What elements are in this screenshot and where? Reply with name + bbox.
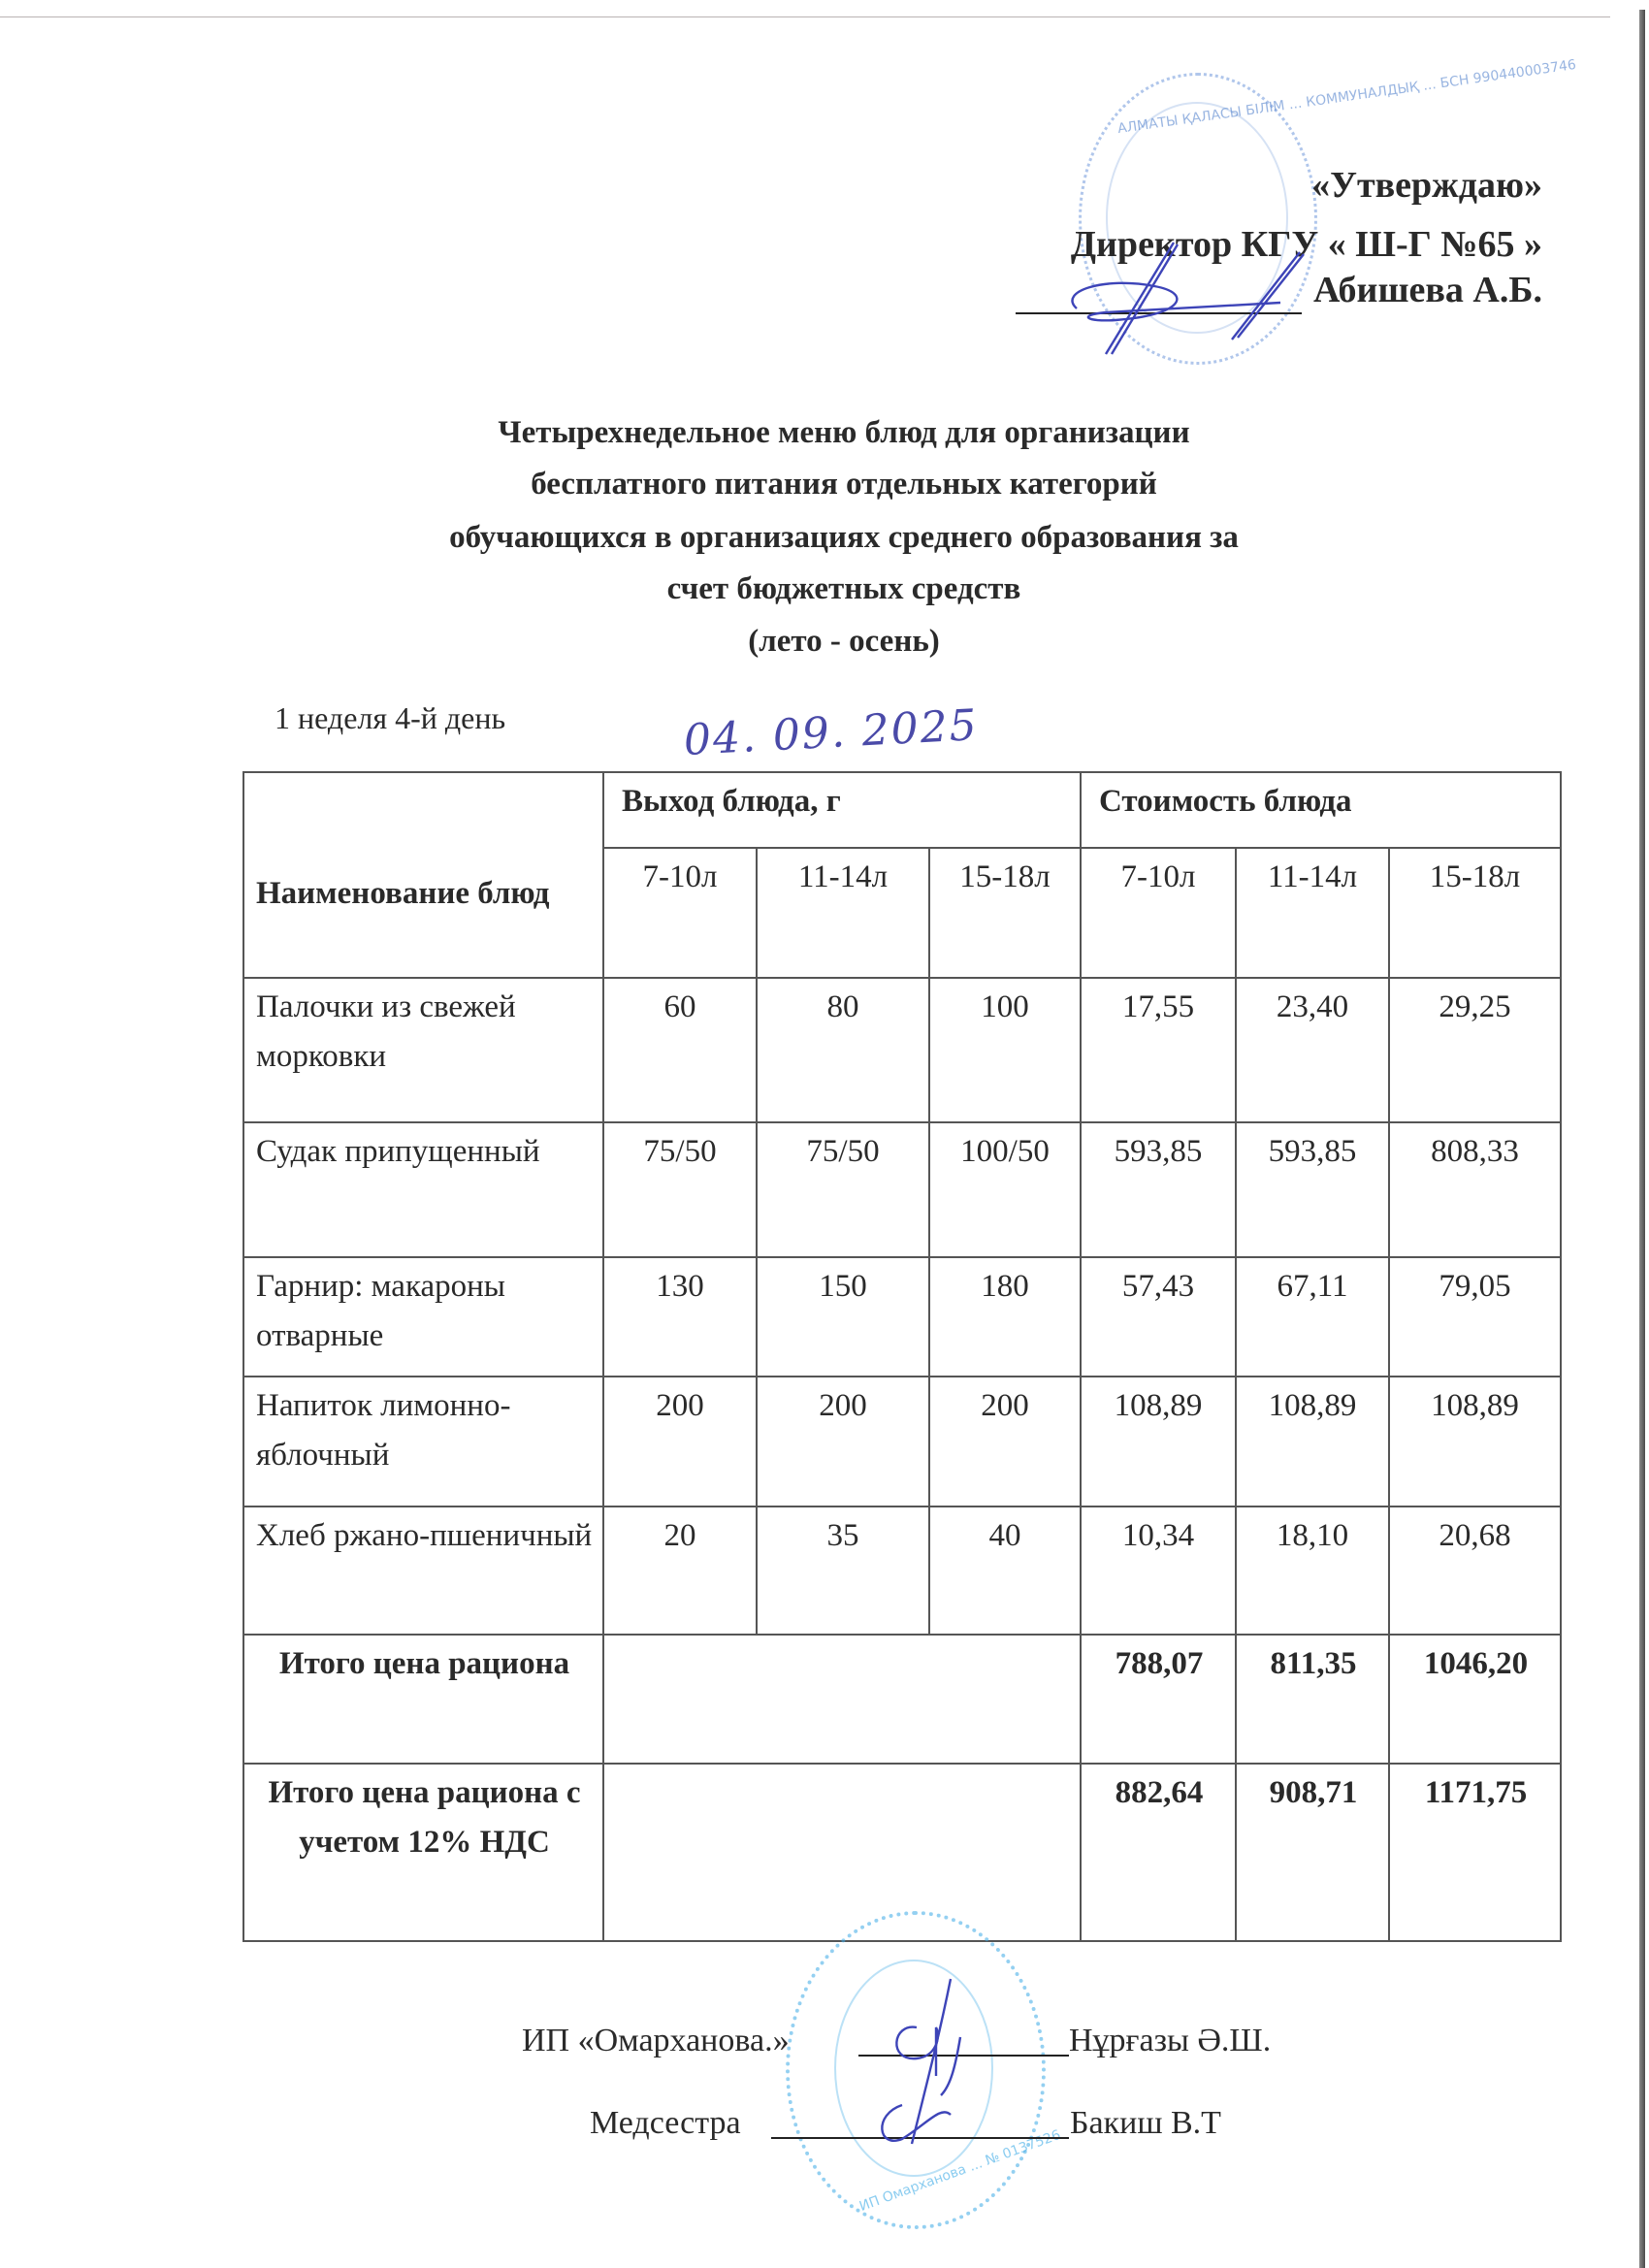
cost-cell: 108,89	[1081, 1377, 1236, 1507]
total-label: Итого цена рациона	[243, 1635, 603, 1764]
cost-cell: 10,34	[1081, 1507, 1236, 1635]
approval-heading: «Утверждаю»	[1311, 167, 1542, 204]
supplier-label: ИП «Омарханова.»	[522, 2023, 790, 2059]
document-title-line-4: счет бюджетных средств	[291, 573, 1397, 605]
cost-cell: 593,85	[1236, 1122, 1389, 1257]
yield-cell: 100/50	[929, 1122, 1081, 1257]
cost-cell: 57,43	[1081, 1257, 1236, 1377]
yield-cell: 60	[603, 978, 757, 1122]
dish-name: Судак припущенный	[243, 1122, 603, 1257]
cost-cell: 29,25	[1389, 978, 1561, 1122]
column-header-yield: Выход блюда, г	[603, 772, 1081, 848]
total-cost-cell: 1046,20	[1389, 1635, 1561, 1764]
yield-age-15-18: 15-18л	[929, 848, 1081, 978]
dish-name: Хлеб ржано-пшеничный	[243, 1507, 603, 1635]
total-vat-cost-cell: 1171,75	[1389, 1764, 1561, 1941]
cost-cell: 18,10	[1236, 1507, 1389, 1635]
table-row: Гарнир: макароны отварные 130 150 180 57…	[243, 1257, 1561, 1377]
table-header-row: Наименование блюд Выход блюда, г Стоимос…	[243, 772, 1561, 848]
cost-cell: 108,89	[1389, 1377, 1561, 1507]
empty-yield-cell	[603, 1764, 1081, 1941]
document-title-line-3: обучающихся в организациях среднего обра…	[291, 522, 1397, 554]
cost-cell: 17,55	[1081, 978, 1236, 1122]
yield-age-7-10: 7-10л	[603, 848, 757, 978]
total-vat-cost-cell: 908,71	[1236, 1764, 1389, 1941]
cost-cell: 108,89	[1236, 1377, 1389, 1507]
handwritten-date: 04. 09. 2025	[683, 700, 980, 765]
cost-cell: 20,68	[1389, 1507, 1561, 1635]
approval-director-name: Абишева А.Б.	[1313, 272, 1542, 308]
scan-edge-top	[0, 16, 1610, 17]
director-signature-icon	[1048, 233, 1329, 359]
nurse-name: Бакиш В.Т	[1070, 2105, 1221, 2142]
table-row: Судак припущенный 75/50 75/50 100/50 593…	[243, 1122, 1561, 1257]
column-header-cost: Стоимость блюда	[1081, 772, 1561, 848]
total-row: Итого цена рациона 788,07 811,35 1046,20	[243, 1635, 1561, 1764]
scan-edge-right	[1639, 10, 1645, 2268]
cost-age-11-14: 11-14л	[1236, 848, 1389, 978]
yield-cell: 180	[929, 1257, 1081, 1377]
supplier-signature-icon	[844, 1969, 1018, 2154]
table-row: Палочки из свежей морковки 60 80 100 17,…	[243, 978, 1561, 1122]
yield-cell: 200	[929, 1377, 1081, 1507]
yield-cell: 75/50	[757, 1122, 929, 1257]
dish-name: Палочки из свежей морковки	[243, 978, 603, 1122]
cost-cell: 23,40	[1236, 978, 1389, 1122]
cost-cell: 67,11	[1236, 1257, 1389, 1377]
yield-cell: 130	[603, 1257, 757, 1377]
yield-cell: 150	[757, 1257, 929, 1377]
yield-cell: 20	[603, 1507, 757, 1635]
yield-cell: 35	[757, 1507, 929, 1635]
cost-cell: 808,33	[1389, 1122, 1561, 1257]
supplier-name: Нұрғазы Ә.Ш.	[1069, 2023, 1271, 2059]
total-vat-cost-cell: 882,64	[1081, 1764, 1236, 1941]
table-row: Хлеб ржано-пшеничный 20 35 40 10,34 18,1…	[243, 1507, 1561, 1635]
yield-cell: 75/50	[603, 1122, 757, 1257]
yield-age-11-14: 11-14л	[757, 848, 929, 978]
document-title-line-2: бесплатного питания отдельных категорий	[291, 469, 1397, 501]
nurse-label: Медсестра	[590, 2105, 741, 2142]
cost-cell: 593,85	[1081, 1122, 1236, 1257]
table-row: Напиток лимонно-яблочный 200 200 200 108…	[243, 1377, 1561, 1507]
total-cost-cell: 811,35	[1236, 1635, 1389, 1764]
dish-name: Гарнир: макароны отварные	[243, 1257, 603, 1377]
total-vat-label: Итого цена рациона с учетом 12% НДС	[243, 1764, 603, 1941]
cost-age-15-18: 15-18л	[1389, 848, 1561, 978]
yield-cell: 100	[929, 978, 1081, 1122]
yield-cell: 200	[757, 1377, 929, 1507]
empty-yield-cell	[603, 1635, 1081, 1764]
document-title-line-1: Четырехнедельное меню блюд для организац…	[291, 417, 1397, 449]
document-title-season: (лето - осень)	[291, 626, 1397, 658]
yield-cell: 80	[757, 978, 929, 1122]
cost-cell: 79,05	[1389, 1257, 1561, 1377]
total-cost-cell: 788,07	[1081, 1635, 1236, 1764]
week-day-label: 1 неделя 4-й день	[275, 700, 505, 736]
cost-age-7-10: 7-10л	[1081, 848, 1236, 978]
column-header-dish-name: Наименование блюд	[243, 772, 603, 978]
yield-cell: 200	[603, 1377, 757, 1507]
menu-table: Наименование блюд Выход блюда, г Стоимос…	[242, 771, 1562, 1942]
dish-name: Напиток лимонно-яблочный	[243, 1377, 603, 1507]
yield-cell: 40	[929, 1507, 1081, 1635]
